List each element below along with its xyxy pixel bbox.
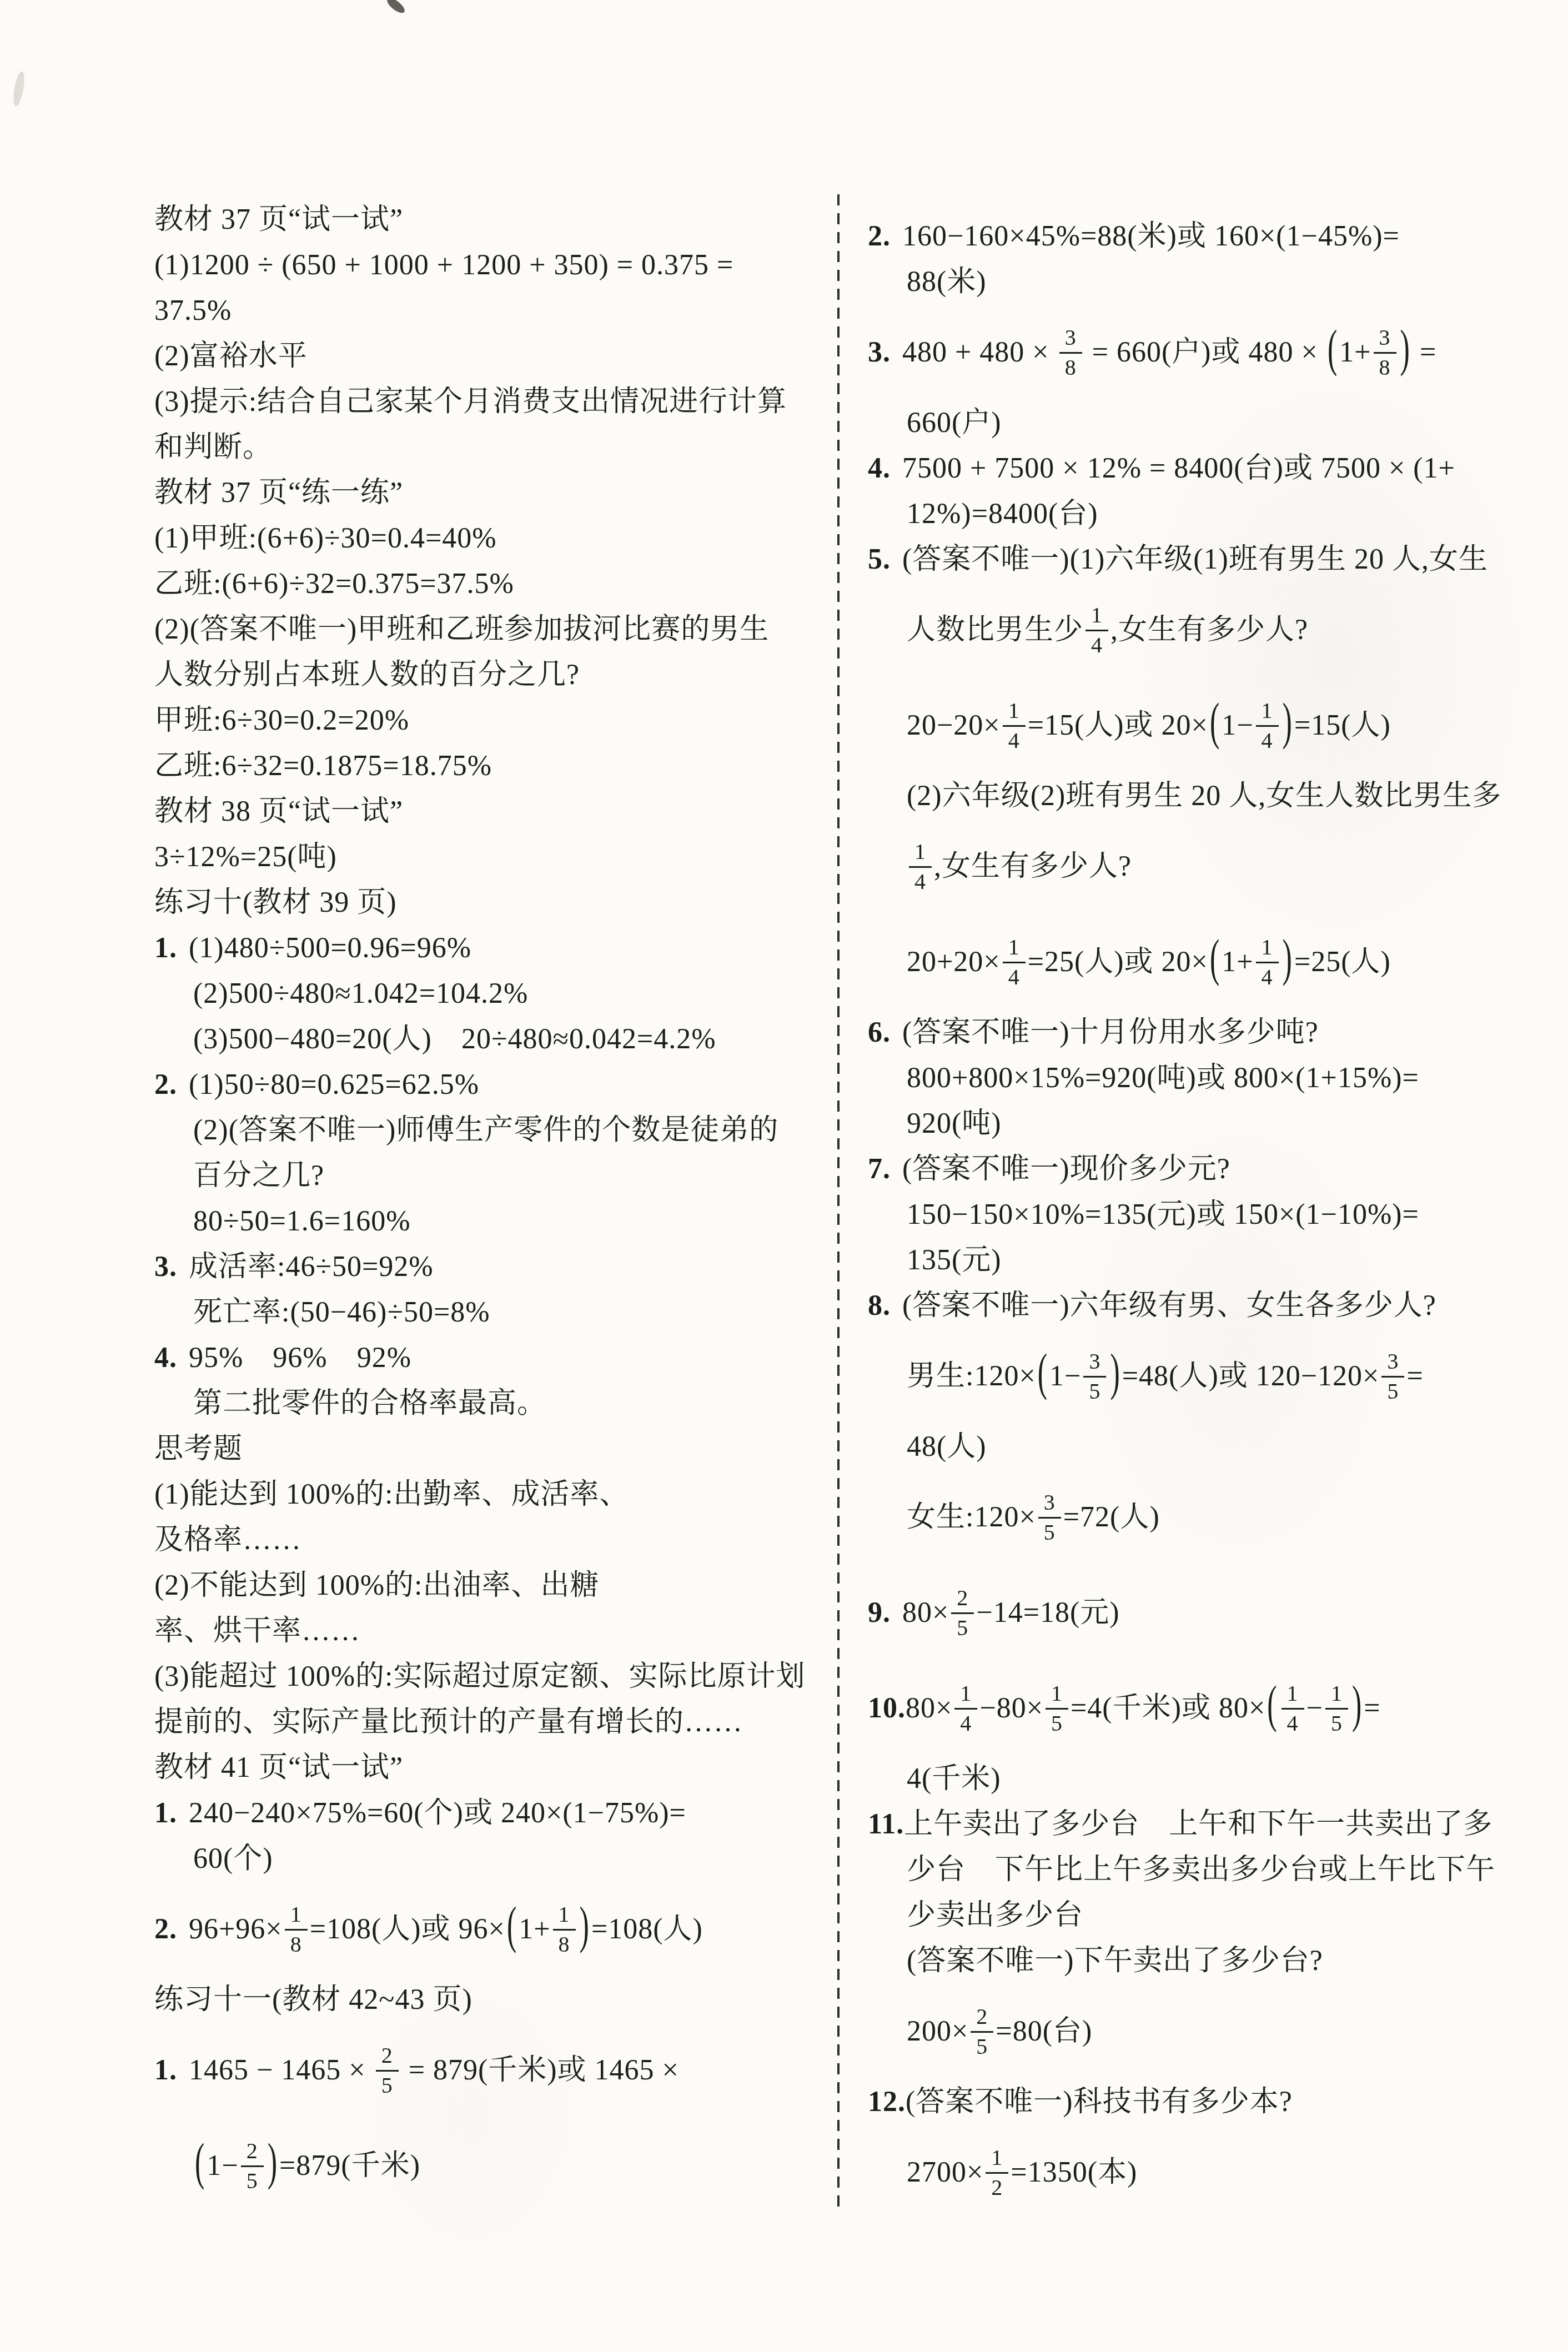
fraction-denominator: 5 [1044, 1519, 1056, 1545]
text-line: 10.80×14−80×15=4(千米)或 80×(14−15)= [868, 1661, 1551, 1756]
fraction-numerator: 1 [1046, 1680, 1068, 1710]
text-run: = 879(千米)或 1465 × [401, 2054, 679, 2086]
fraction-numerator: 1 [1281, 1680, 1304, 1710]
text-line: 乙班:(6+6)÷32=0.375=37.5% [154, 561, 821, 607]
text-run: = [1406, 1360, 1423, 1392]
scanned-answer-page: 教材 37 页“试一试”(1)1200 ÷ (650 + 1000 + 1200… [0, 0, 1568, 2352]
text-run: (2)500÷480≈1.042=104.2% [193, 978, 528, 1009]
text-run: 练习十(教材 39 页) [154, 887, 397, 918]
text-line: 4(千米) [868, 1756, 1551, 1802]
fraction-numerator: 1 [909, 838, 932, 868]
fraction-denominator: 4 [1262, 727, 1273, 753]
text-run: 上午卖出了多少台 上午和下午一共卖出了多 [904, 1808, 1492, 1840]
fraction-denominator: 5 [247, 2167, 258, 2194]
text-line: 12%)=8400(台) [868, 491, 1551, 537]
fraction-denominator: 5 [1089, 1378, 1100, 1404]
fraction: 14 [1281, 1680, 1304, 1736]
fraction: 25 [376, 2042, 399, 2098]
fraction: 18 [285, 1901, 308, 1957]
fraction: 14 [954, 1680, 977, 1736]
fraction-denominator: 5 [1387, 1378, 1399, 1404]
fraction-denominator: 5 [1051, 1710, 1063, 1736]
item-marker: 1. [154, 2023, 189, 2118]
text-line: (3)提示:结合自己家某个月消费支出情况进行计算 [154, 379, 821, 425]
right-column: 2.160−160×45%=88(米)或 160×(1−45%)=88(米)3.… [868, 214, 1551, 2220]
text-line: 2.(1)50÷80=0.625=62.5% [154, 1062, 821, 1108]
text-line: 教材 37 页“试一试” [154, 197, 821, 243]
item-marker: 4. [154, 1335, 189, 1381]
item-marker: 2. [868, 214, 902, 259]
item-marker: 3. [154, 1244, 189, 1290]
text-run: 80× [902, 1597, 949, 1629]
text-run: = 660(户)或 480 × [1084, 336, 1326, 368]
text-line: 教材 37 页“练一练” [154, 470, 821, 516]
text-run: 1465 − 1465 × [189, 2054, 374, 2086]
text-line: 4.95% 96% 92% [154, 1335, 821, 1381]
fraction: 12 [986, 2144, 1008, 2200]
fraction: 14 [1256, 934, 1279, 990]
item-marker: 3. [868, 305, 902, 400]
text-line: 48(人) [868, 1424, 1551, 1470]
fraction-numerator: 1 [1256, 697, 1279, 727]
scan-artifact [385, 0, 407, 16]
text-run: 920(吨) [907, 1108, 1002, 1139]
text-run: (答案不唯一)(1)六年级(1)班有男生 20 人,女生 [902, 544, 1488, 575]
text-line: 练习十一(教材 42~43 页) [154, 1977, 821, 2023]
text-run: 死亡率:(50−46)÷50=8% [193, 1296, 490, 1328]
text-line: (2)500÷480≈1.042=104.2% [154, 971, 821, 1017]
text-line: 3.480 + 480 × 38 = 660(户)或 480 × (1+38) … [868, 305, 1551, 400]
text-run: − [1306, 1692, 1323, 1724]
text-run: 660(户) [907, 407, 1002, 439]
fraction: 14 [1003, 934, 1026, 990]
text-run: 甲班:6÷30=0.2=20% [154, 705, 409, 736]
fraction-numerator: 1 [1003, 697, 1026, 727]
text-run: =80(台) [996, 2016, 1092, 2047]
big-paren: ( [1208, 637, 1222, 809]
fraction-denominator: 4 [1008, 963, 1020, 990]
text-run: −80× [979, 1692, 1043, 1724]
text-run: ,女生有多少人? [934, 851, 1132, 882]
text-run: 96+96× [189, 1913, 283, 1945]
text-run: 1+ [519, 1913, 550, 1945]
text-run: 提前的、实际产量比预计的产量有增长的…… [154, 1706, 743, 1738]
text-run: (1)50÷80=0.625=62.5% [189, 1069, 479, 1100]
text-line: 200×25=80(台) [868, 1984, 1551, 2079]
big-paren: ( [1265, 1620, 1279, 1792]
fraction-numerator: 1 [954, 1680, 977, 1710]
text-line: (2)不能达到 100%的:出油率、出糖 [154, 1563, 821, 1609]
fraction: 25 [241, 2138, 264, 2194]
item-marker: 7. [868, 1147, 902, 1192]
text-run: 7500 + 7500 × 12% = 8400(台)或 7500 × (1+ [902, 453, 1455, 484]
fraction-denominator: 5 [976, 2033, 988, 2059]
text-run: 成活率:46÷50=92% [189, 1251, 434, 1283]
text-run: (3)能超过 100%的:实际超过原定额、实际比原计划 [154, 1661, 805, 1692]
text-run: (2)(答案不唯一)甲班和乙班参加拔河比赛的男生 [154, 614, 769, 645]
text-line: 教材 38 页“试一试” [154, 789, 821, 835]
text-line: (1−25)=879(千米) [154, 2118, 821, 2214]
item-marker: 10. [868, 1661, 906, 1756]
text-run: 80÷50=1.6=160% [193, 1205, 411, 1237]
text-line: 少卖出多少台 [868, 1893, 1551, 1938]
text-run: =15(人) [1294, 710, 1391, 741]
item-marker: 5. [868, 537, 902, 582]
big-paren: ) [578, 1841, 591, 2013]
fraction-numerator: 1 [986, 2144, 1008, 2174]
text-run: =48(人)或 120−120× [1122, 1360, 1380, 1392]
text-run: 少卖出多少台 [907, 1899, 1083, 1931]
text-run: =15(人)或 20× [1028, 710, 1208, 741]
text-run: 480 + 480 × [902, 336, 1057, 368]
text-run: =25(人)或 20× [1028, 946, 1208, 978]
scan-smudge [12, 71, 27, 107]
text-run: =4(千米)或 80× [1071, 1692, 1265, 1724]
item-marker: 11. [868, 1802, 904, 1847]
big-paren: ) [1399, 264, 1412, 436]
fraction-denominator: 8 [559, 1931, 570, 1957]
text-run: = [1364, 1692, 1380, 1724]
big-paren: ( [1326, 264, 1339, 436]
fraction: 14 [1085, 602, 1108, 658]
text-run: =72(人) [1063, 1501, 1160, 1533]
text-run: (2)(答案不唯一)师傅生产零件的个数是徒弟的 [193, 1114, 778, 1146]
text-line: (2)(答案不唯一)师傅生产零件的个数是徒弟的 [154, 1108, 821, 1153]
text-run: (1)能达到 100%的:出勤率、成活率、 [154, 1479, 629, 1510]
item-marker: 12. [868, 2079, 906, 2125]
fraction-numerator: 1 [1325, 1680, 1348, 1710]
text-run: 及格率…… [154, 1524, 301, 1556]
text-line: (答案不唯一)下午卖出了多少台? [868, 1938, 1551, 1984]
text-line: 150−150×10%=135(元)或 150×(1−10%)= [868, 1192, 1551, 1238]
fraction-denominator: 5 [1331, 1710, 1343, 1736]
text-line: 80÷50=1.6=160% [154, 1199, 821, 1244]
text-run: =108(人) [591, 1913, 703, 1945]
big-paren: ( [505, 1841, 519, 2013]
text-line: 思考题 [154, 1426, 821, 1472]
text-run: 60(个) [193, 1843, 273, 1874]
text-run: 135(元) [907, 1244, 1002, 1276]
fraction-denominator: 4 [1091, 631, 1103, 658]
text-run: 4(千米) [907, 1763, 1001, 1795]
fraction-denominator: 4 [960, 1710, 972, 1736]
text-line: (3)500−480=20(人) 20÷480≈0.042=4.2% [154, 1017, 821, 1062]
text-line: 9.80×25−14=18(元) [868, 1565, 1551, 1661]
fraction-numerator: 3 [1083, 1348, 1106, 1378]
fraction-numerator: 3 [1374, 324, 1396, 354]
text-run: 和判断。 [154, 431, 272, 463]
fraction-numerator: 3 [1038, 1489, 1061, 1519]
text-line: 提前的、实际产量比预计的产量有增长的…… [154, 1700, 821, 1745]
text-line: 20−20×14=15(人)或 20×(1−14)=15(人) [868, 678, 1551, 773]
text-line: (1)1200 ÷ (650 + 1000 + 1200 + 350) = 0.… [154, 243, 821, 288]
text-line: 7.(答案不唯一)现价多少元? [868, 1147, 1551, 1192]
text-run: =108(人)或 96× [310, 1913, 505, 1945]
text-line: 60(个) [154, 1836, 821, 1882]
fraction: 14 [1003, 697, 1026, 753]
big-paren: ) [1281, 873, 1294, 1046]
fraction: 38 [1059, 324, 1082, 380]
text-run: 3÷12%=25(吨) [154, 841, 337, 873]
text-run: (1)480÷500=0.96=96% [189, 932, 471, 964]
text-line: 2700×12=1350(本) [868, 2125, 1551, 2220]
fraction-numerator: 2 [241, 2138, 264, 2167]
fraction: 35 [1038, 1489, 1061, 1545]
text-line: 人数分别占本班人数的百分之几? [154, 652, 821, 698]
text-run: (答案不唯一)十月份用水多少吨? [902, 1017, 1319, 1048]
text-run: 男生:120× [907, 1360, 1036, 1392]
text-run: 教材 41 页“试一试” [154, 1752, 403, 1783]
fraction-denominator: 2 [991, 2174, 1003, 2200]
text-line: (1)甲班:(6+6)÷30=0.4=40% [154, 516, 821, 561]
text-run: (2)富裕水平 [154, 340, 308, 372]
text-run: 800+800×15%=920(吨)或 800×(1+15%)= [907, 1062, 1419, 1094]
text-run: 1− [207, 2150, 238, 2182]
text-run: 率、烘干率…… [154, 1615, 360, 1647]
fraction-numerator: 1 [1003, 934, 1026, 963]
text-line: 2.160−160×45%=88(米)或 160×(1−45%)= [868, 214, 1551, 259]
item-marker: 8. [868, 1283, 902, 1329]
text-run: (答案不唯一)六年级有男、女生各多少人? [902, 1290, 1436, 1321]
text-run: 12%)=8400(台) [907, 498, 1098, 530]
text-line: (2)富裕水平 [154, 334, 821, 379]
text-run: 37.5% [154, 295, 232, 326]
fraction: 14 [909, 838, 932, 894]
text-run: (3)提示:结合自己家某个月消费支出情况进行计算 [154, 386, 787, 418]
text-line: 20+20×14=25(人)或 20×(1+14)=25(人) [868, 914, 1551, 1010]
text-run: 乙班:(6+6)÷32=0.375=37.5% [154, 568, 514, 600]
text-run: 80× [906, 1692, 952, 1724]
text-run: 200× [907, 2016, 968, 2047]
text-line: (2)(答案不唯一)甲班和乙班参加拔河比赛的男生 [154, 607, 821, 652]
text-run: (1)1200 ÷ (650 + 1000 + 1200 + 350) = 0.… [154, 249, 733, 281]
text-run: (答案不唯一)下午卖出了多少台? [907, 1945, 1323, 1977]
text-run: 教材 38 页“试一试” [154, 796, 403, 827]
text-line: 男生:120×(1−35)=48(人)或 120−120×35= [868, 1329, 1551, 1424]
text-run: 20−20× [907, 710, 1001, 741]
text-run: 1+ [1339, 336, 1371, 368]
fraction: 38 [1374, 324, 1396, 380]
big-paren: ) [1350, 1620, 1364, 1792]
text-run: =25(人) [1294, 946, 1391, 978]
text-run: 95% 96% 92% [189, 1342, 411, 1374]
text-run: 88(米) [907, 266, 987, 298]
text-line: 女生:120×35=72(人) [868, 1470, 1551, 1565]
fraction: 14 [1256, 697, 1279, 753]
text-line: 率、烘干率…… [154, 1609, 821, 1654]
fraction-denominator: 4 [1262, 963, 1273, 990]
left-column: 教材 37 页“试一试”(1)1200 ÷ (650 + 1000 + 1200… [154, 197, 821, 2214]
big-paren: ( [193, 2077, 207, 2249]
text-run: 1− [1049, 1360, 1081, 1392]
big-paren: ( [1208, 873, 1222, 1046]
text-line: 660(户) [868, 400, 1551, 446]
text-run: 20+20× [907, 946, 1001, 978]
text-line: 37.5% [154, 288, 821, 334]
text-line: 百分之几? [154, 1153, 821, 1199]
text-run: 人数比男生少 [907, 614, 1083, 646]
text-line: 135(元) [868, 1238, 1551, 1283]
fraction-denominator: 4 [1008, 727, 1020, 753]
text-run: 160−160×45%=88(米)或 160×(1−45%)= [902, 220, 1400, 252]
text-line: 第二批零件的合格率最高。 [154, 1381, 821, 1426]
text-run: 人数分别占本班人数的百分之几? [154, 659, 580, 691]
text-run: 150−150×10%=135(元)或 150×(1−10%)= [907, 1199, 1419, 1230]
text-run: 240−240×75%=60(个)或 240×(1−75%)= [189, 1797, 686, 1829]
text-line: 4.7500 + 7500 × 12% = 8400(台)或 7500 × (1… [868, 446, 1551, 491]
text-line: (3)能超过 100%的:实际超过原定额、实际比原计划 [154, 1654, 821, 1700]
fraction: 35 [1083, 1348, 1106, 1404]
text-line: 少台 下午比上午多卖出多少台或上午比下午 [868, 1847, 1551, 1893]
text-line: 1.240−240×75%=60(个)或 240×(1−75%)= [154, 1791, 821, 1836]
fraction: 15 [1325, 1680, 1348, 1736]
item-marker: 2. [154, 1062, 189, 1108]
text-run: 教材 37 页“试一试” [154, 204, 403, 235]
fraction-denominator: 5 [957, 1614, 968, 1641]
text-line: (1)能达到 100%的:出勤率、成活率、 [154, 1472, 821, 1517]
text-line: 甲班:6÷30=0.2=20% [154, 698, 821, 743]
text-line: 乙班:6÷32=0.1875=18.75% [154, 743, 821, 789]
big-paren: ) [1281, 637, 1294, 809]
fraction-numerator: 3 [1059, 324, 1082, 354]
text-run: (2)不能达到 100%的:出油率、出糖 [154, 1570, 599, 1601]
item-marker: 1. [154, 1791, 189, 1836]
column-divider [837, 194, 840, 2210]
fraction: 18 [553, 1901, 576, 1957]
text-run: 练习十一(教材 42~43 页) [154, 1984, 473, 2016]
fraction-numerator: 1 [285, 1901, 308, 1931]
text-line: 8.(答案不唯一)六年级有男、女生各多少人? [868, 1283, 1551, 1329]
fraction-denominator: 4 [1287, 1710, 1299, 1736]
text-line: 3.成活率:46÷50=92% [154, 1244, 821, 1290]
text-run: 乙班:6÷32=0.1875=18.75% [154, 750, 492, 782]
text-line: 教材 41 页“试一试” [154, 1745, 821, 1791]
text-run: −14=18(元) [976, 1597, 1119, 1629]
text-line: 11.上午卖出了多少台 上午和下午一共卖出了多 [868, 1802, 1551, 1847]
text-run: 教材 37 页“练一练” [154, 477, 403, 509]
fraction: 25 [971, 2003, 993, 2059]
text-run: 第二批零件的合格率最高。 [193, 1388, 546, 1419]
text-run: 思考题 [154, 1433, 243, 1465]
text-line: 800+800×15%=920(吨)或 800×(1+15%)= [868, 1056, 1551, 1101]
fraction-denominator: 8 [1379, 354, 1391, 380]
fraction: 25 [951, 1585, 974, 1641]
text-run: (2)六年级(2)班有男生 20 人,女生人数比男生多 [907, 780, 1501, 812]
item-marker: 9. [868, 1565, 902, 1661]
fraction-numerator: 2 [951, 1585, 974, 1614]
text-line: 1.1465 − 1465 × 25 = 879(千米)或 1465 × [154, 2023, 821, 2118]
text-line: 920(吨) [868, 1101, 1551, 1147]
text-run: (答案不唯一)现价多少元? [902, 1153, 1230, 1185]
text-line: 及格率…… [154, 1517, 821, 1563]
item-marker: 1. [154, 926, 189, 971]
fraction-denominator: 8 [290, 1931, 302, 1957]
text-run: 百分之几? [193, 1160, 324, 1192]
text-run: 48(人) [907, 1431, 987, 1463]
text-run: 2700× [907, 2157, 983, 2188]
text-line: 3÷12%=25(吨) [154, 835, 821, 880]
fraction-numerator: 2 [376, 2042, 399, 2072]
text-line: 2.96+96×18=108(人)或 96×(1+18)=108(人) [154, 1882, 821, 1977]
text-run: =879(千米) [279, 2150, 420, 2182]
fraction-numerator: 1 [1256, 934, 1279, 963]
text-line: 练习十(教材 39 页) [154, 880, 821, 926]
text-line: 死亡率:(50−46)÷50=8% [154, 1290, 821, 1335]
item-marker: 2. [154, 1882, 189, 1977]
fraction-numerator: 3 [1381, 1348, 1404, 1378]
text-run: 1+ [1222, 946, 1253, 978]
text-run: (3)500−480=20(人) 20÷480≈0.042=4.2% [193, 1023, 716, 1055]
text-run: (1)甲班:(6+6)÷30=0.4=40% [154, 522, 497, 554]
fraction-denominator: 4 [914, 868, 926, 894]
text-run: = [1412, 336, 1436, 368]
item-marker: 4. [868, 446, 902, 491]
fraction-numerator: 1 [1085, 602, 1108, 631]
text-line: 12.(答案不唯一)科技书有多少本? [868, 2079, 1551, 2125]
fraction-denominator: 5 [381, 2072, 393, 2098]
text-run: =1350(本) [1011, 2157, 1137, 2188]
fraction: 15 [1046, 1680, 1068, 1736]
fraction-numerator: 1 [553, 1901, 576, 1931]
text-run: 少台 下午比上午多卖出多少台或上午比下午 [907, 1854, 1495, 1886]
text-line: 88(米) [868, 259, 1551, 305]
text-line: 5.(答案不唯一)(1)六年级(1)班有男生 20 人,女生 [868, 537, 1551, 582]
text-line: 和判断。 [154, 425, 821, 470]
text-run: (答案不唯一)科技书有多少本? [906, 2086, 1293, 2118]
big-paren: ) [266, 2077, 279, 2249]
big-paren: ) [1108, 1288, 1122, 1460]
text-run: 1− [1222, 710, 1253, 741]
text-line: 1.(1)480÷500=0.96=96% [154, 926, 821, 971]
fraction: 35 [1381, 1348, 1404, 1404]
big-paren: ( [1036, 1288, 1049, 1460]
item-marker: 6. [868, 1010, 902, 1056]
fraction-numerator: 2 [971, 2003, 993, 2033]
fraction-denominator: 8 [1065, 354, 1077, 380]
text-run: 女生:120× [907, 1501, 1036, 1533]
